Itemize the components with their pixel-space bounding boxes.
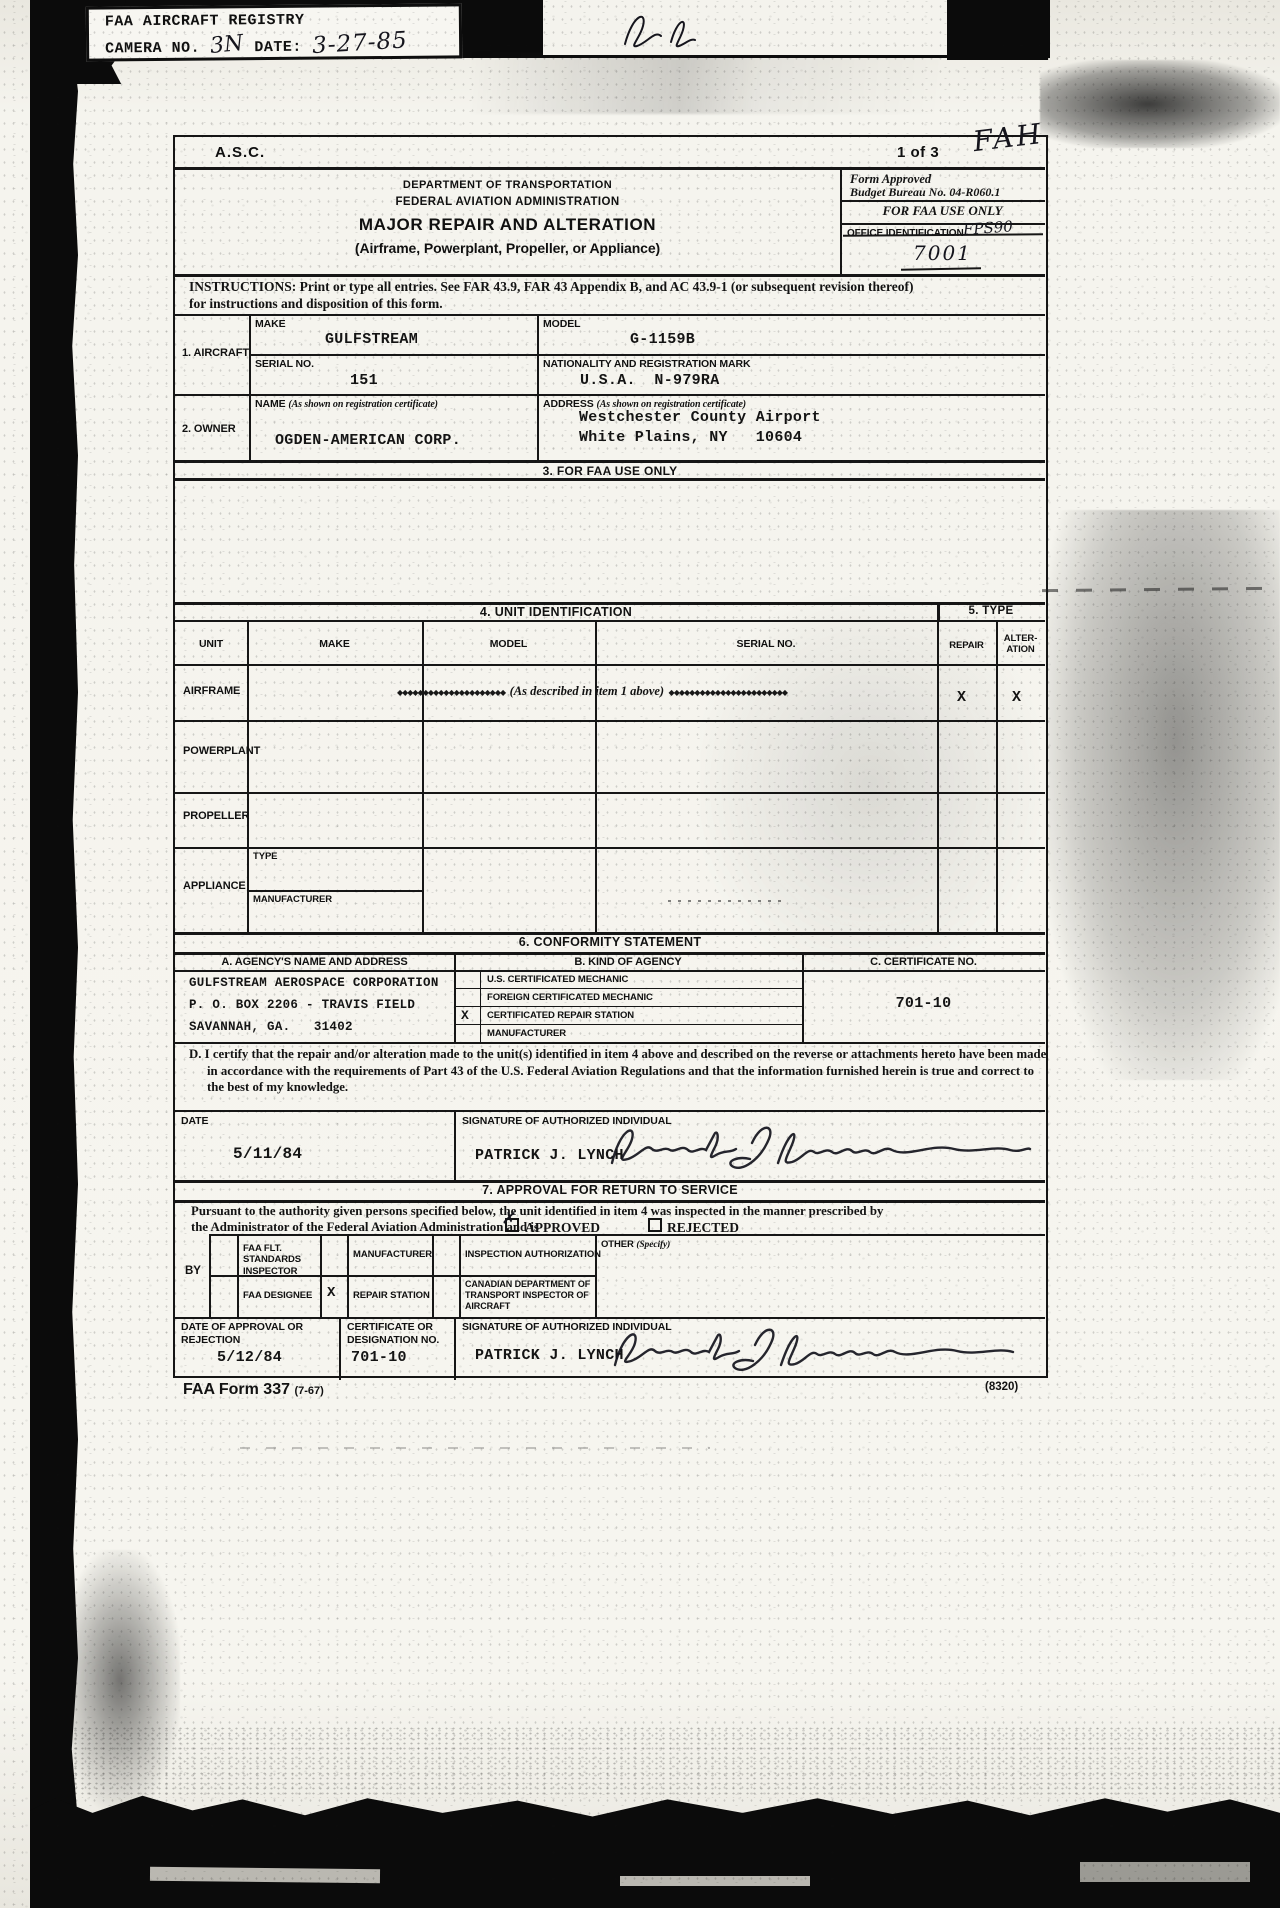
approved-label: APPROVED (525, 1219, 600, 1237)
stamp-camera-label: CAMERA NO. (105, 40, 200, 58)
rule (209, 1234, 211, 1317)
noise-blob (1040, 60, 1280, 148)
row-powerplant: POWERPLANT (183, 745, 260, 758)
serial-value: 151 (350, 372, 378, 390)
agency-line1: GULFSTREAM AEROSPACE CORPORATION (189, 976, 439, 991)
rule (175, 478, 1045, 481)
by-repair-station-mark: X (327, 1285, 336, 1302)
noise-dashes (240, 1447, 710, 1449)
page-count: 1 of 3 (897, 144, 939, 162)
rule (459, 1234, 461, 1317)
handwritten-initials: FAH (971, 117, 1045, 158)
by-canadian-dept: CANADIAN DEPARTMENT OF TRANSPORT INSPECT… (465, 1279, 591, 1311)
rule (595, 620, 597, 932)
rule (175, 1042, 1045, 1044)
rule (175, 1317, 1045, 1319)
cert-designation-label: CERTIFICATE OR DESIGNATION NO. (347, 1321, 447, 1346)
date-value: 5/11/84 (233, 1145, 302, 1164)
rule (175, 394, 1045, 396)
owner-name-label: NAME (As shown on registration certifica… (255, 398, 438, 411)
section3-bar: 3. FOR FAA USE ONLY (175, 465, 1045, 477)
certify-statement: D. I certify that the repair and/or alte… (189, 1046, 1049, 1096)
rule (454, 1024, 802, 1025)
noise-dots (668, 900, 788, 902)
date-label: DATE (181, 1115, 208, 1128)
row-appliance: APPLIANCE (183, 880, 246, 893)
header-administration: FEDERAL AVIATION ADMINISTRATION (175, 196, 840, 210)
section7-bar: 7. APPROVAL FOR RETURN TO SERVICE (175, 1184, 1045, 1197)
noise-blob (1048, 510, 1280, 1080)
approval-line1: Pursuant to the authority given persons … (191, 1203, 883, 1220)
approval-signature-script: Patrick J. Lynch (605, 1323, 1025, 1377)
form-subtitle: (Airframe, Powerplant, Propeller, or App… (175, 240, 840, 257)
header-department: DEPARTMENT OF TRANSPORTATION (175, 179, 840, 192)
cert-designation-value: 701-10 (351, 1349, 407, 1367)
appliance-manufacturer-label: MANUFACTURER (253, 894, 332, 905)
form-code: (8320) (985, 1381, 1018, 1393)
scan-streak (620, 1876, 810, 1886)
row-propeller: PROPELLER (183, 810, 249, 823)
kind-us-mechanic: U.S. CERTIFICATED MECHANIC (487, 974, 628, 985)
form-number-text: FAA Form 337 (183, 1381, 290, 1398)
form-title: MAJOR REPAIR AND ALTERATION (175, 215, 840, 235)
noise-blob (60, 1550, 180, 1810)
film-header-gap (543, 0, 947, 55)
pen-flourish (613, 2, 753, 54)
scanned-document: FAA AIRCRAFT REGISTRY CAMERA NO. 3N DATE… (0, 0, 1280, 1908)
by-flt-standards-inspector: FAA FLT. STANDARDS INSPECTOR (243, 1243, 317, 1277)
asc-stamp: A.S.C. (215, 144, 265, 162)
rule (537, 314, 539, 460)
stamp-date-label: DATE: (254, 39, 302, 56)
rule (595, 1234, 597, 1317)
film-bottom-band (30, 1786, 1280, 1908)
owner-address-line2: White Plains, NY 10604 (579, 429, 802, 447)
rejected-checkbox (648, 1218, 662, 1232)
approval-signature-typed: PATRICK J. LYNCH (475, 1347, 624, 1365)
form-number: FAA Form 337 (7-67) (183, 1381, 324, 1399)
section2-label: 2. OWNER (182, 423, 236, 436)
col-model: MODEL (422, 638, 595, 651)
rule (247, 890, 422, 892)
rejected-label: REJECTED (667, 1219, 739, 1237)
rule (454, 1317, 456, 1380)
make-value: GULFSTREAM (325, 331, 418, 349)
signature-script: Patrick J. Lynch (600, 1119, 1035, 1177)
by-other-note: (Specify) (636, 1240, 670, 1250)
col-make: MAKE (247, 638, 422, 651)
approval-line2: the Administrator of the Federal Aviatio… (191, 1219, 539, 1236)
kind-repair-station-mark: X (461, 1008, 469, 1024)
handwritten-office-code: FPS90 (962, 217, 1013, 238)
agency-line3: SAVANNAH, GA. 31402 (189, 1020, 353, 1035)
rule (454, 1006, 802, 1007)
film-left-band (30, 0, 78, 1822)
rule (480, 970, 481, 1042)
faa-use-only-label: FOR FAA USE ONLY (840, 203, 1045, 220)
rule (422, 620, 424, 932)
appliance-type-label: TYPE (253, 851, 277, 862)
row-airframe: AIRFRAME (183, 685, 240, 698)
rule (454, 1110, 456, 1180)
handwritten-underline (901, 267, 981, 270)
by-label: BY (185, 1265, 201, 1279)
approval-date-label: DATE OF APPROVAL OR REJECTION (181, 1321, 331, 1346)
rule (175, 460, 1045, 463)
instructions-line2: for instructions and disposition of this… (189, 295, 443, 313)
scan-streak (1080, 1862, 1250, 1882)
noise-blob (700, 590, 1040, 980)
noise-smudge (470, 52, 940, 114)
squiggle-left: ◆◆◆◆◆◆◆◆◆◆◆◆◆◆◆◆◆◆◆◆◆ (397, 688, 505, 697)
rule (339, 1317, 341, 1380)
rule (432, 1234, 434, 1317)
airframe-note-text: (As described in item 1 above) (510, 684, 665, 698)
rule (347, 1234, 349, 1317)
by-repair-station: REPAIR STATION (353, 1290, 430, 1301)
col-unit: UNIT (175, 638, 247, 651)
rule (247, 620, 249, 932)
rule (175, 167, 1045, 170)
budget-bureau-label: Budget Bureau No. 04-R060.1 (850, 185, 1000, 201)
stamp-date-handwritten: 3-27-85 (312, 28, 409, 60)
rule (320, 1234, 322, 1317)
by-inspection-authorization: INSPECTION AUTHORIZATION (465, 1249, 601, 1260)
by-manufacturer: MANUFACTURER (353, 1249, 432, 1260)
approved-checkmark: ✗ (501, 1208, 518, 1230)
rule (454, 988, 802, 989)
kind-manufacturer: MANUFACTURER (487, 1028, 566, 1039)
faa-registry-stamp: FAA AIRCRAFT REGISTRY CAMERA NO. 3N DATE… (86, 3, 462, 61)
approval-date-value: 5/12/84 (217, 1349, 282, 1367)
owner-name-note: (As shown on registration certificate) (288, 399, 438, 410)
instructions-line1: INSTRUCTIONS: Print or type all entries.… (189, 278, 914, 296)
scan-streak (150, 1867, 380, 1883)
nationality-label: NATIONALITY AND REGISTRATION MARK (543, 358, 750, 371)
stamp-camera-no-handwritten: 3N (209, 31, 244, 59)
section1-label: 1. AIRCRAFT (182, 347, 249, 360)
form-edition: (7-67) (294, 1385, 323, 1397)
rule (237, 1234, 239, 1317)
owner-address-line1: Westchester County Airport (579, 409, 821, 427)
kind-repair-station: CERTIFICATED REPAIR STATION (487, 1010, 634, 1021)
agency-line2: P. O. BOX 2206 - TRAVIS FIELD (189, 998, 415, 1013)
certificate-no-value: 701-10 (802, 995, 1045, 1013)
rule (175, 1110, 1045, 1112)
by-faa-designee: FAA DESIGNEE (243, 1290, 312, 1301)
handwritten-office-number: 7001 (913, 241, 972, 265)
rule (840, 167, 842, 274)
make-label: MAKE (255, 318, 286, 331)
rule (840, 223, 1045, 225)
col-agency-name: A. AGENCY'S NAME AND ADDRESS (175, 956, 454, 969)
model-label: MODEL (543, 318, 580, 331)
film-top-right-block (947, 0, 1048, 60)
rule (175, 274, 1045, 277)
scan-grit-strip (30, 1726, 1280, 1798)
model-value: G-1159B (630, 331, 695, 349)
rule (175, 314, 1045, 316)
kind-foreign-mechanic: FOREIGN CERTIFICATED MECHANIC (487, 992, 653, 1003)
serial-label: SERIAL NO. (255, 358, 314, 371)
rule (249, 354, 1045, 356)
rule (249, 314, 251, 460)
nationality-value: U.S.A. N-979RA (580, 372, 720, 390)
owner-name-value: OGDEN-AMERICAN CORP. (275, 432, 461, 450)
by-other-label: OTHER (Specify) (601, 1239, 670, 1251)
